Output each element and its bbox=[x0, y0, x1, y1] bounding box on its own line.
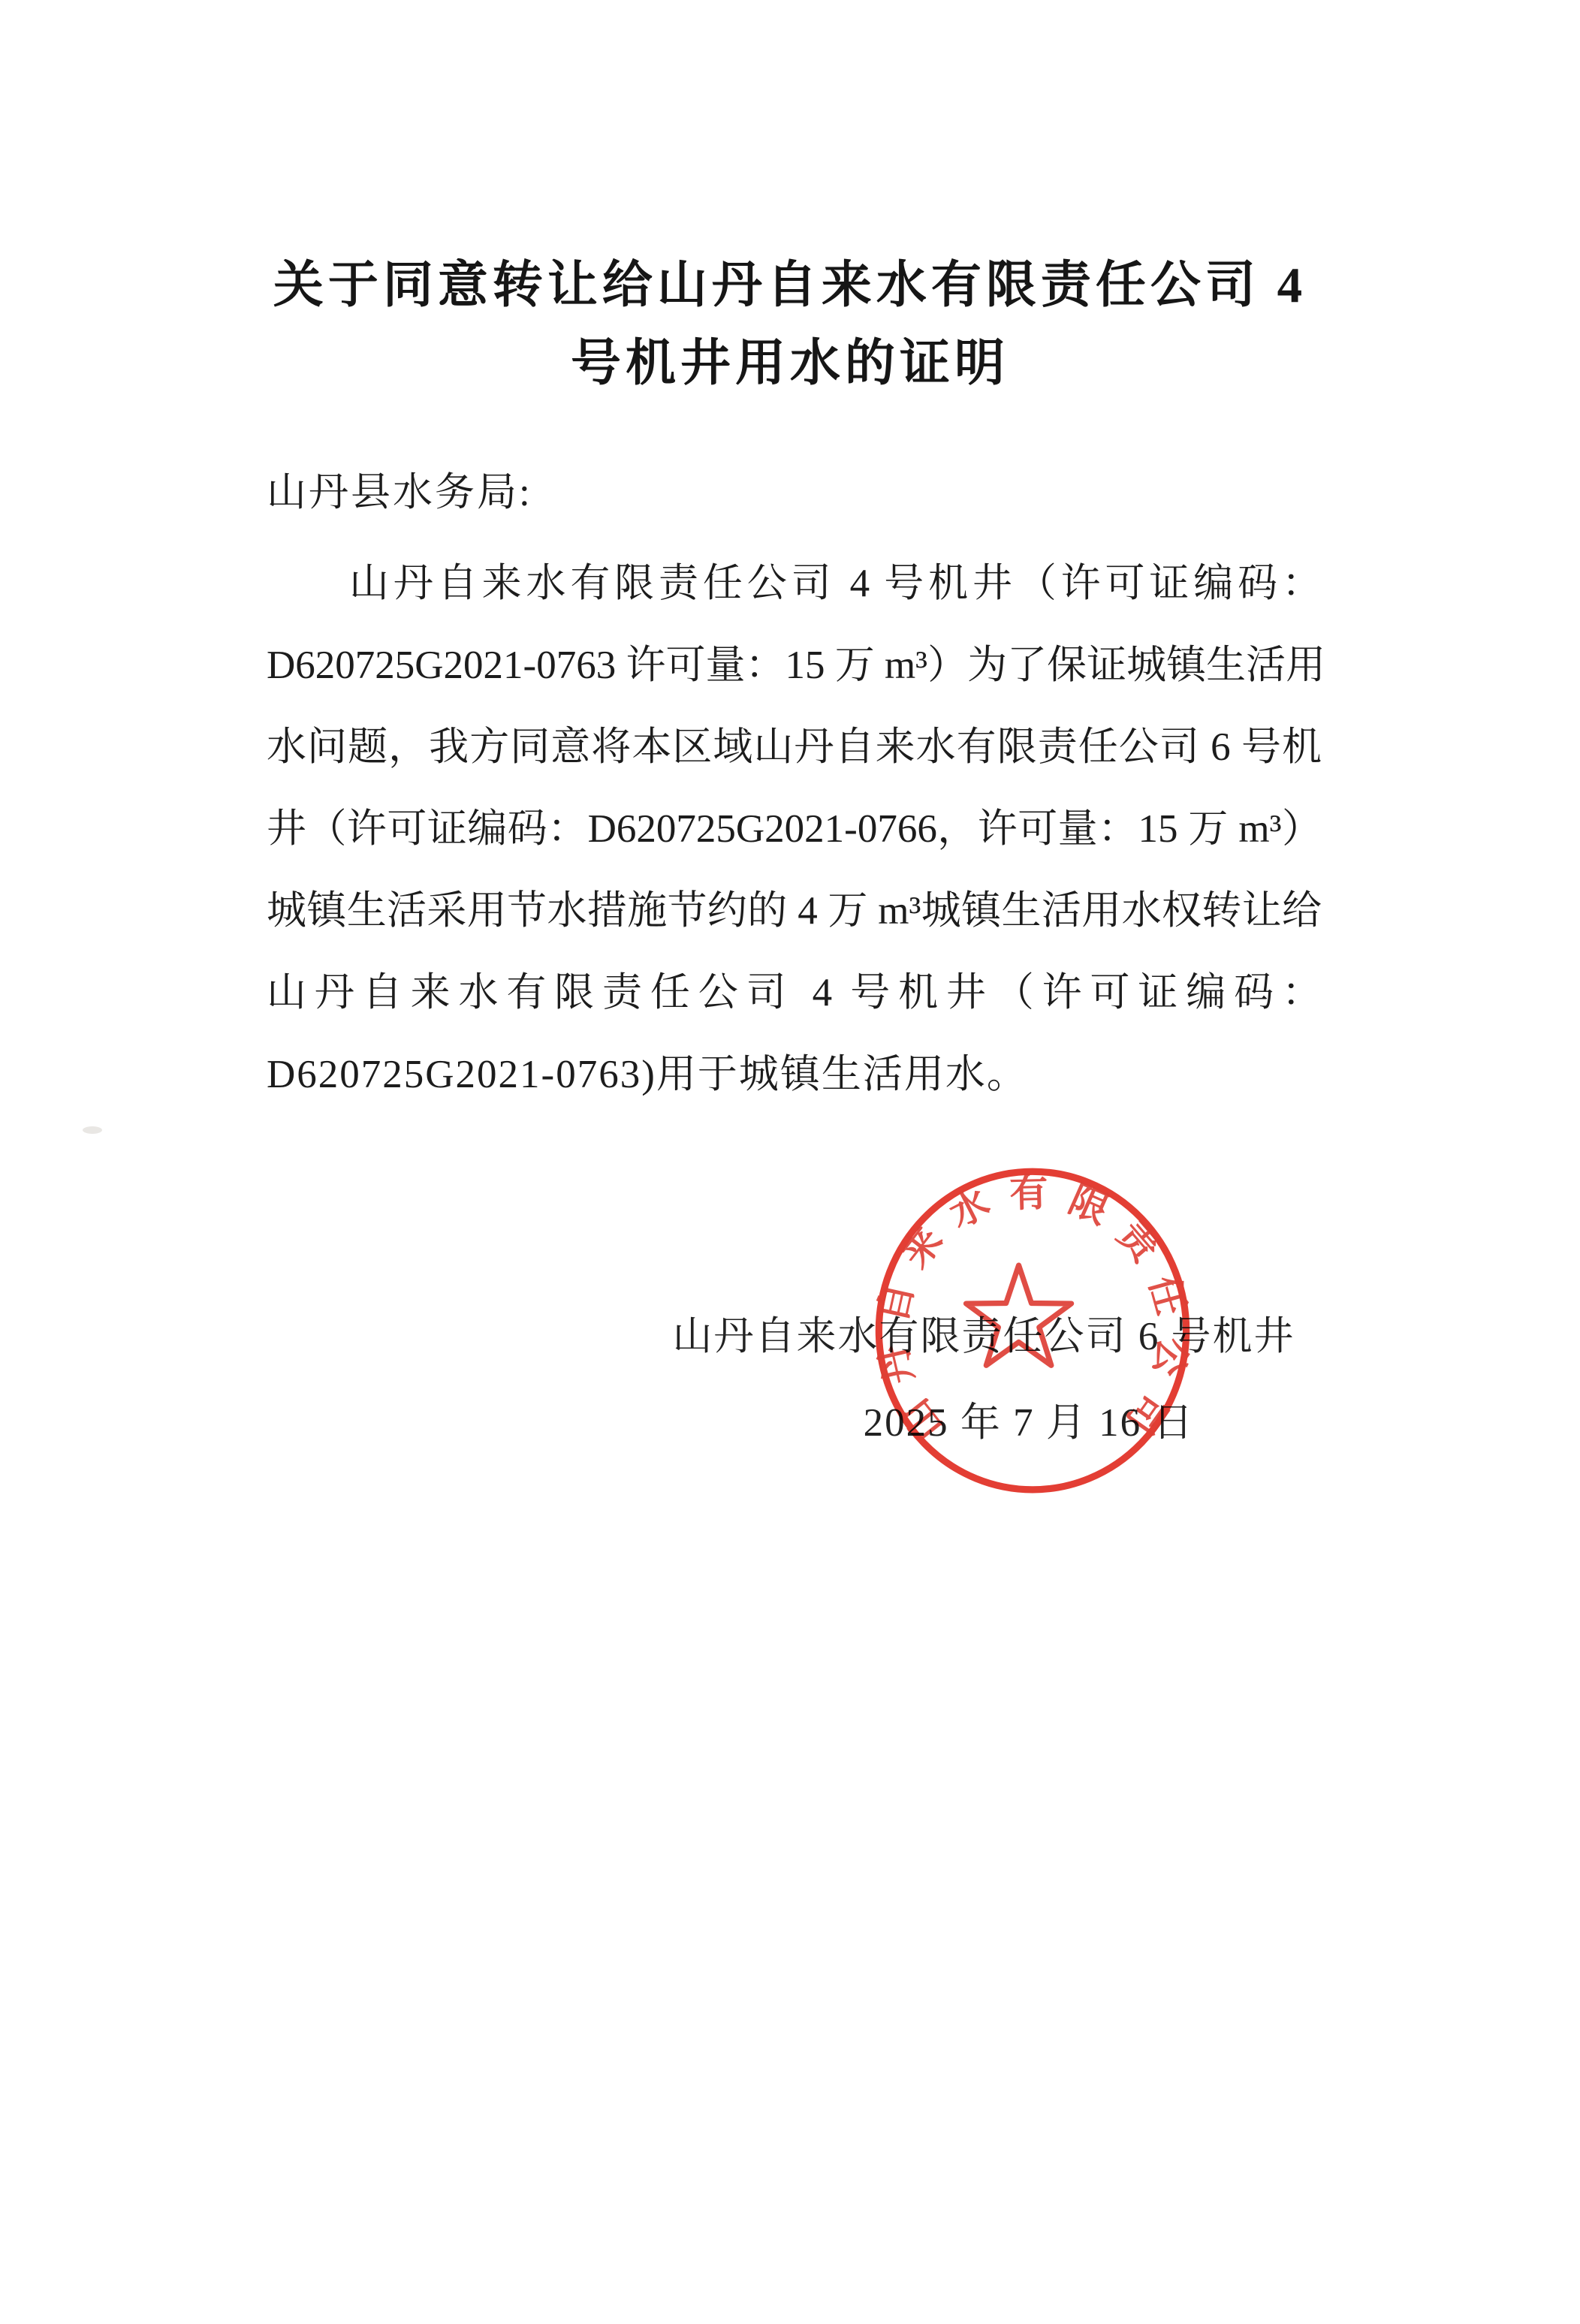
body-line: 井（许可证编码：D620725G2021-0766，许可量：15 万 m³） bbox=[267, 788, 1322, 870]
document-page: 关于同意转让给山丹自来水有限责任公司 4 号机井用水的证明 山丹县水务局: 山丹… bbox=[0, 0, 1580, 2324]
document-title: 关于同意转让给山丹自来水有限责任公司 4 号机井用水的证明 bbox=[0, 246, 1580, 402]
seal-ring-text: 山丹自来水有限责任公司 bbox=[872, 1172, 1194, 1448]
body-line: 水问题，我方同意将本区域山丹自来水有限责任公司 6 号机 bbox=[267, 707, 1322, 788]
body-line: D620725G2021-0763 许可量：15 万 m³）为了保证城镇生活用 bbox=[267, 625, 1322, 707]
star-icon bbox=[966, 1265, 1071, 1365]
body-line: 城镇生活采用节水措施节约的 4 万 m³城镇生活用水权转让给 bbox=[267, 870, 1322, 952]
body-line: D620725G2021-0763)用于城镇生活用水。 bbox=[267, 1034, 1322, 1116]
body-paragraph: 山丹自来水有限责任公司 4 号机井（许可证编码： D620725G2021-07… bbox=[267, 543, 1322, 1116]
title-line-2: 号机井用水的证明 bbox=[0, 324, 1580, 402]
company-seal-stamp: 山丹自来水有限责任公司 bbox=[867, 1162, 1198, 1496]
salutation: 山丹县水务局: bbox=[267, 452, 1322, 533]
title-line-1: 关于同意转让给山丹自来水有限责任公司 4 bbox=[0, 246, 1580, 324]
body-line: 山丹自来水有限责任公司 4 号机井（许可证编码： bbox=[267, 543, 1322, 625]
body-line: 山丹自来水有限责任公司 4 号机井（许可证编码： bbox=[267, 952, 1322, 1034]
